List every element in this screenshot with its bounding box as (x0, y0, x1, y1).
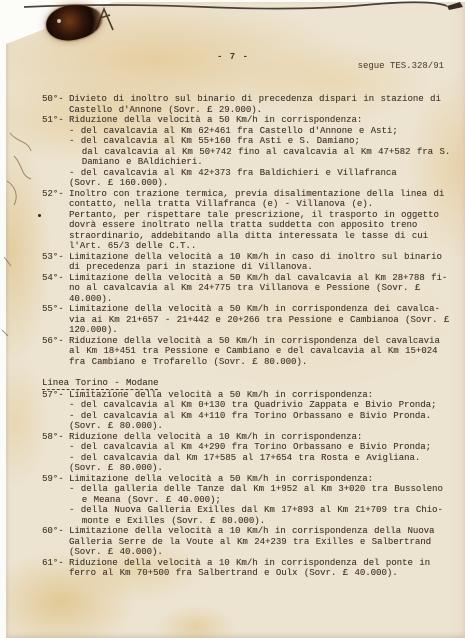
item-number: 54°- (42, 273, 69, 305)
item-number: 60°- (42, 526, 69, 558)
page-number: - 7 - (217, 52, 249, 62)
item-text: Limitazione della velocità a 50 Km/h dal… (69, 273, 447, 305)
document-section: Linea Torino - Modane57°-Limitazione del… (42, 378, 458, 579)
item-number: 56°- (42, 336, 69, 368)
scanned-document-page: { "page": { "page_number": "- 7 -", "con… (0, 0, 465, 638)
item-number: 51°- (42, 115, 69, 189)
item-text: Limitazione della velocità a 10 Km/h in … (69, 526, 434, 558)
list-item: 58°-Riduzione della velocità a 10 Km/h i… (42, 432, 458, 474)
list-item: 50°-Divieto di inoltro sul binario di pr… (42, 94, 458, 115)
item-text: Limitazione della velocità a 50 Km/h in … (69, 390, 436, 432)
list-item: 52°-Inoltro con trazione termica, previa… (42, 189, 458, 252)
item-number: 61°- (42, 558, 69, 579)
item-text: Inoltro con trazione termica, previa dis… (69, 189, 444, 252)
margin-dot-mark (38, 214, 41, 217)
item-text: Limitazione della velocità a 50 Km/h in … (69, 474, 443, 527)
item-number: 52°- (42, 189, 69, 252)
document-section: 50°-Divieto di inoltro sul binario di pr… (42, 94, 458, 367)
list-item: 60°-Limitazione della velocità a 10 Km/h… (42, 526, 458, 558)
item-number: 50°- (42, 94, 69, 115)
item-number: 59°- (42, 474, 69, 527)
list-item: 53°-Limitazione della velocità a 10 Km/h… (42, 252, 458, 273)
item-text: Riduzione della velocità a 10 Km/h in co… (69, 558, 430, 579)
list-item: 59°-Limitazione della velocità a 50 Km/h… (42, 474, 458, 527)
list-item: 57°-Limitazione della velocità a 50 Km/h… (42, 390, 458, 432)
list-item: 55°-Limitazione della velocità a 50 Km/h… (42, 304, 458, 336)
list-item: 51°-Riduzione della velocità a 50 Km/h i… (42, 115, 458, 189)
document-body: 50°-Divieto di inoltro sul binario di pr… (42, 94, 458, 579)
item-number: 53°- (42, 252, 69, 273)
item-text: Divieto di inoltro sul binario di preced… (69, 94, 441, 115)
item-number: 58°- (42, 432, 69, 474)
item-text: Riduzione della velocità a 50 Km/h in co… (69, 336, 440, 368)
list-item: 54°-Limitazione della velocità a 50 Km/h… (42, 273, 458, 305)
section-heading: Linea Torino - Modane (42, 378, 458, 390)
item-number: 57°- (42, 390, 69, 432)
item-text: Limitazione della velocità a 10 Km/h in … (69, 252, 442, 273)
continuation-ref: segue TES.328/91 (358, 61, 444, 71)
burn-hole-highlight (57, 19, 61, 23)
item-text: Limitazione della velocità a 50 Km/h in … (69, 304, 449, 336)
item-text: Riduzione della velocità a 10 Km/h in co… (69, 432, 431, 474)
item-text: Riduzione della velocità a 50 Km/h in co… (69, 115, 450, 189)
list-item: 61°-Riduzione della velocità a 10 Km/h i… (42, 558, 458, 579)
list-item: 56°-Riduzione della velocità a 50 Km/h i… (42, 336, 458, 368)
item-number: 55°- (42, 304, 69, 336)
